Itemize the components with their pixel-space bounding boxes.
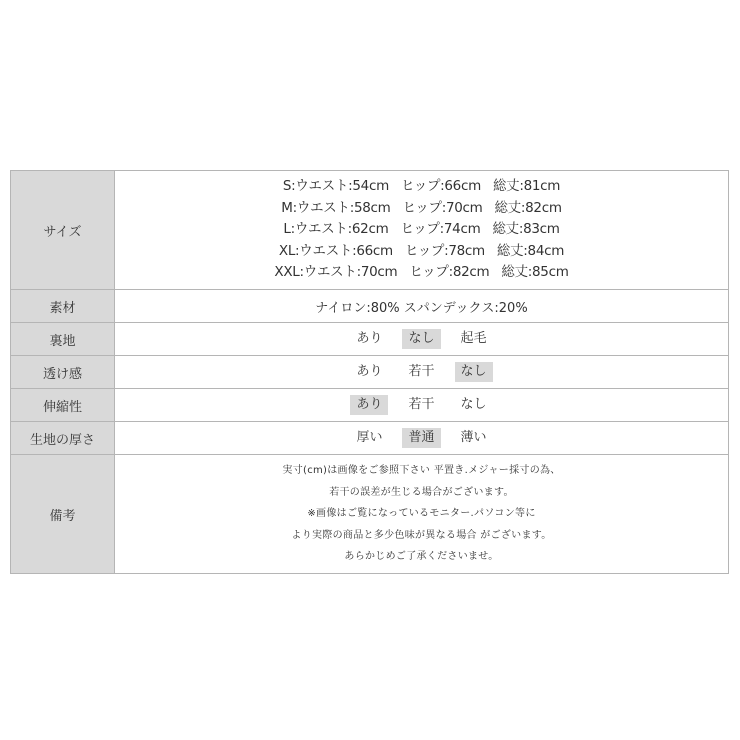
waist-value: XXL:ウエスト:70cm	[274, 262, 397, 284]
size-line-s: S:ウエスト:54cmヒップ:66cm総丈:81cm	[115, 176, 728, 198]
size-label: サイズ	[11, 171, 115, 290]
note-line: ※画像はご覧になっているモニター.パソコン等に	[115, 503, 728, 525]
hip-value: ヒップ:82cm	[409, 262, 489, 284]
thickness-option-selected: 普通	[402, 428, 440, 448]
size-line-m: M:ウエスト:58cmヒップ:70cm総丈:82cm	[115, 198, 728, 220]
sheerness-options: あり若干なし	[115, 356, 729, 389]
stretch-option: なし	[455, 395, 493, 415]
hip-value: ヒップ:78cm	[405, 241, 485, 263]
hip-value: ヒップ:66cm	[401, 176, 481, 198]
waist-value: XL:ウエスト:66cm	[279, 241, 393, 263]
stretch-option: 若干	[402, 395, 440, 415]
stretch-option-selected: あり	[350, 395, 388, 415]
stretch-label: 伸縮性	[11, 389, 115, 422]
lining-row: 裏地 ありなし起毛	[11, 323, 729, 356]
size-values: S:ウエスト:54cmヒップ:66cm総丈:81cm M:ウエスト:58cmヒッ…	[115, 171, 729, 290]
notes-label: 備考	[11, 455, 115, 574]
size-line-xxl: XXL:ウエスト:70cmヒップ:82cm総丈:85cm	[115, 262, 728, 284]
material-value: ナイロン:80% スパンデックス:20%	[115, 290, 729, 323]
waist-value: S:ウエスト:54cm	[283, 176, 389, 198]
length-value: 総丈:83cm	[492, 219, 559, 241]
lining-options: ありなし起毛	[115, 323, 729, 356]
length-value: 総丈:82cm	[495, 198, 562, 220]
length-value: 総丈:85cm	[501, 262, 568, 284]
note-line: 若干の誤差が生じる場合がございます。	[115, 482, 728, 504]
note-line: 実寸(cm)は画像をご参照下さい 平置き.メジャー採寸の為、	[115, 460, 728, 482]
thickness-label: 生地の厚さ	[11, 422, 115, 455]
hip-value: ヒップ:70cm	[403, 198, 483, 220]
size-row: サイズ S:ウエスト:54cmヒップ:66cm総丈:81cm M:ウエスト:58…	[11, 171, 729, 290]
stretch-row: 伸縮性 あり若干なし	[11, 389, 729, 422]
notes-text: 実寸(cm)は画像をご参照下さい 平置き.メジャー採寸の為、 若干の誤差が生じる…	[115, 455, 729, 574]
thickness-option: 厚い	[350, 428, 388, 448]
waist-value: M:ウエスト:58cm	[281, 198, 390, 220]
thickness-row: 生地の厚さ 厚い普通薄い	[11, 422, 729, 455]
sheerness-label: 透け感	[11, 356, 115, 389]
note-line: あらかじめご了承くださいませ。	[115, 546, 728, 568]
note-line: より実際の商品と多少色味が異なる場合 がございます。	[115, 525, 728, 547]
size-line-l: L:ウエスト:62cmヒップ:74cm総丈:83cm	[115, 219, 728, 241]
hip-value: ヒップ:74cm	[400, 219, 480, 241]
sheerness-option: あり	[350, 362, 388, 382]
material-row: 素材 ナイロン:80% スパンデックス:20%	[11, 290, 729, 323]
stretch-options: あり若干なし	[115, 389, 729, 422]
product-spec-table: サイズ S:ウエスト:54cmヒップ:66cm総丈:81cm M:ウエスト:58…	[10, 170, 729, 574]
length-value: 総丈:81cm	[493, 176, 560, 198]
lining-option: あり	[350, 329, 388, 349]
waist-value: L:ウエスト:62cm	[283, 219, 388, 241]
length-value: 総丈:84cm	[497, 241, 564, 263]
thickness-option: 薄い	[455, 428, 493, 448]
size-line-xl: XL:ウエスト:66cmヒップ:78cm総丈:84cm	[115, 241, 728, 263]
material-label: 素材	[11, 290, 115, 323]
thickness-options: 厚い普通薄い	[115, 422, 729, 455]
sheerness-option-selected: なし	[455, 362, 493, 382]
lining-option-selected: なし	[402, 329, 440, 349]
notes-row: 備考 実寸(cm)は画像をご参照下さい 平置き.メジャー採寸の為、 若干の誤差が…	[11, 455, 729, 574]
sheerness-option: 若干	[402, 362, 440, 382]
lining-option: 起毛	[455, 329, 493, 349]
lining-label: 裏地	[11, 323, 115, 356]
sheerness-row: 透け感 あり若干なし	[11, 356, 729, 389]
